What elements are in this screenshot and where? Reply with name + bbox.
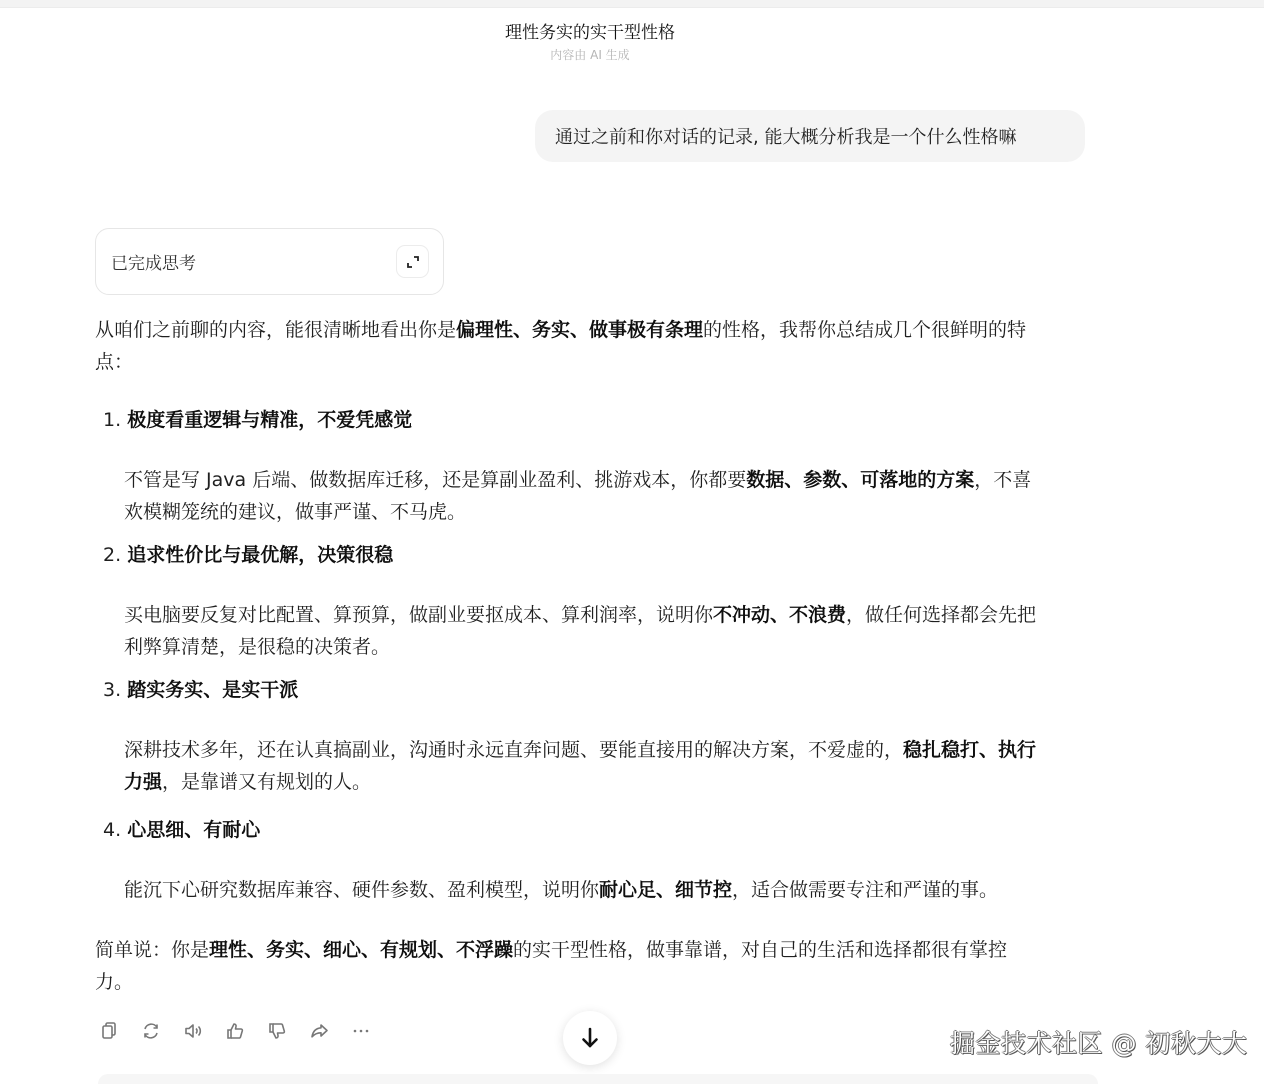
thinking-status-label: 已完成思考 (111, 249, 196, 274)
summary-text: 简单说：你是 (95, 939, 209, 961)
regenerate-button[interactable] (140, 1017, 162, 1045)
input-area-edge (98, 1074, 1098, 1084)
list-title-text: 心思细、有耐心 (127, 819, 260, 841)
summary-bold: 理性、务实、细心、有规划、不浮躁 (209, 939, 513, 961)
list-title-text: 踏实务实、是实干派 (127, 679, 298, 701)
more-button[interactable] (350, 1017, 372, 1045)
list-title-text: 极度看重逻辑与精准，不爱凭感觉 (127, 409, 412, 431)
intro-text: 从咱们之前聊的内容，能很清晰地看出你是 (95, 319, 456, 341)
user-message-text: 通过之前和你对话的记录, 能大概分析我是一个什么性格嘛 (555, 123, 1016, 149)
intro-text-end: 点： (95, 351, 133, 373)
body-text: 不管是写 Java 后端、做数据库迁移，还是算副业盈利、挑游戏本，你都要 (124, 469, 746, 491)
list-item-body: 不管是写 Java 后端、做数据库迁移，还是算副业盈利、挑游戏本，你都要数据、参… (124, 464, 1090, 528)
conversation-title: 理性务实的实干型性格 (0, 20, 1180, 46)
thinking-panel[interactable]: 已完成思考 (95, 228, 444, 295)
list-item-title: 3. 踏实务实、是实干派 (103, 674, 298, 706)
thumbs-up-icon (225, 1021, 245, 1041)
body-bold-cont: 力强 (124, 771, 162, 793)
dislike-button[interactable] (266, 1017, 288, 1045)
body-text: 买电脑要反复对比配置、算预算，做副业要抠成本、算利润率，说明你 (124, 604, 713, 626)
top-bar (0, 0, 1264, 8)
body-text: 能沉下心研究数据库兼容、硬件参数、盈利模型，说明你 (124, 879, 599, 901)
copy-icon (100, 1021, 118, 1041)
summary-text-end: 力。 (95, 971, 133, 993)
body-text-end: ，是靠谱又有规划的人。 (162, 771, 371, 793)
like-button[interactable] (224, 1017, 246, 1045)
list-item-title: 2. 追求性价比与最优解，决策很稳 (103, 539, 393, 571)
list-item-body: 能沉下心研究数据库兼容、硬件参数、盈利模型，说明你耐心足、细节控，适合做需要专注… (124, 874, 1090, 906)
list-number: 1. (103, 409, 121, 431)
more-icon (351, 1021, 371, 1041)
body-text-cont: ，做任何选择都会先把 (846, 604, 1036, 626)
message-action-bar (98, 1017, 372, 1045)
list-item-body: 买电脑要反复对比配置、算预算，做副业要抠成本、算利润率，说明你不冲动、不浪费，做… (124, 599, 1090, 663)
arrow-down-icon (581, 1027, 599, 1049)
share-button[interactable] (308, 1017, 330, 1045)
expand-icon (405, 254, 421, 270)
body-text-cont: ，适合做需要专注和严谨的事。 (732, 879, 998, 901)
body-bold: 数据、参数、可落地的方案 (746, 469, 974, 491)
body-bold: 不冲动、不浪费 (713, 604, 846, 626)
assistant-answer: 从咱们之前聊的内容，能很清晰地看出你是偏理性、务实、做事极有条理的性格，我帮你总… (95, 314, 1090, 378)
body-text-end: 利弊算清楚，是很稳的决策者。 (124, 636, 390, 658)
read-aloud-button[interactable] (182, 1017, 204, 1045)
regenerate-icon (141, 1021, 161, 1041)
list-item-title: 1. 极度看重逻辑与精准，不爱凭感觉 (103, 404, 412, 436)
answer-intro: 从咱们之前聊的内容，能很清晰地看出你是偏理性、务实、做事极有条理的性格，我帮你总… (95, 314, 1090, 378)
user-message-bubble: 通过之前和你对话的记录, 能大概分析我是一个什么性格嘛 (535, 110, 1085, 162)
summary-text-cont: 的实干型性格，做事靠谱，对自己的生活和选择都很有掌控 (513, 939, 1007, 961)
scroll-to-bottom-button[interactable] (563, 1011, 617, 1065)
body-text: 深耕技术多年，还在认真搞副业，沟通时永远直奔问题、要能直接用的解决方案，不爱虚的… (124, 739, 903, 761)
list-title-text: 追求性价比与最优解，决策很稳 (127, 544, 393, 566)
list-number: 3. (103, 679, 121, 701)
thumbs-down-icon (267, 1021, 287, 1041)
intro-bold: 偏理性、务实、做事极有条理 (456, 319, 703, 341)
body-text-cont: ，不喜 (974, 469, 1031, 491)
list-number: 4. (103, 819, 121, 841)
speaker-icon (183, 1021, 203, 1041)
copy-button[interactable] (98, 1017, 120, 1045)
watermark: 掘金技术社区 @ 初秋大大 (950, 1024, 1247, 1060)
share-icon (309, 1021, 329, 1041)
body-bold: 耐心足、细节控 (599, 879, 732, 901)
list-item-title: 4. 心思细、有耐心 (103, 814, 260, 846)
expand-thinking-button[interactable] (396, 245, 429, 278)
body-text-end: 欢模糊笼统的建议，做事严谨、不马虎。 (124, 501, 466, 523)
list-item-body: 深耕技术多年，还在认真搞副业，沟通时永远直奔问题、要能直接用的解决方案，不爱虚的… (124, 734, 1090, 798)
list-number: 2. (103, 544, 121, 566)
body-bold: 稳扎稳打、执行 (903, 739, 1036, 761)
ai-generated-note: 内容由 AI 生成 (0, 47, 1180, 63)
answer-summary: 简单说：你是理性、务实、细心、有规划、不浮躁的实干型性格，做事靠谱，对自己的生活… (95, 934, 1090, 998)
intro-text-cont: 的性格，我帮你总结成几个很鲜明的特 (703, 319, 1026, 341)
conversation-header: 理性务实的实干型性格 内容由 AI 生成 (0, 20, 1180, 63)
